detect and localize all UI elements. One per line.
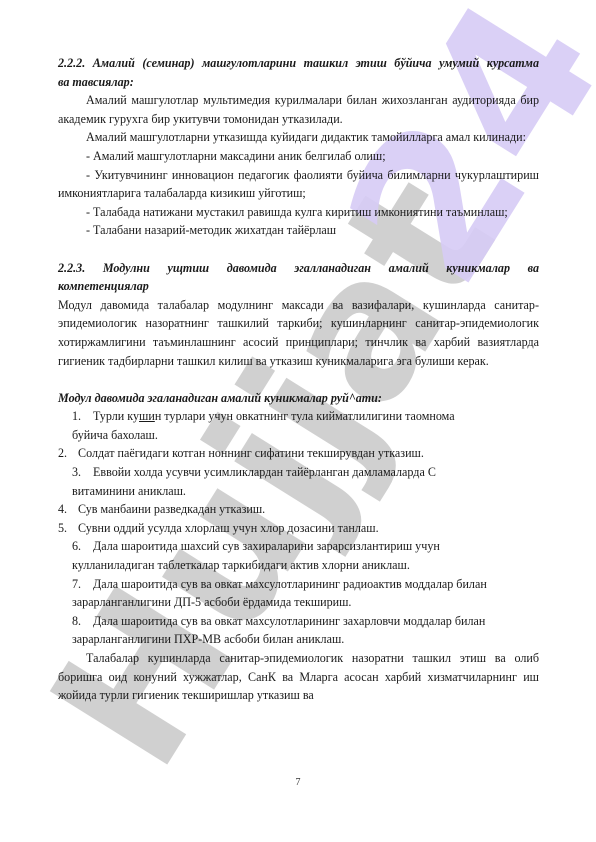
list-item: 4.Сув манбаини разведкадан утказиш. — [58, 500, 539, 519]
list-item: 6.Дала шароитида шахсий сув захираларини… — [58, 537, 539, 574]
spacer — [58, 370, 539, 389]
list-item: 2.Солдат паёгидаги котган ноннинг сифати… — [58, 444, 539, 463]
list-item: 7.Дала шароитида сув ва овкат махсулотла… — [58, 575, 539, 612]
skills-list: 1.Турли кушин турлари учун овкатнинг тул… — [58, 407, 539, 649]
section-222-paragraph-2: Амалий машгулотларни утказишда куйидаги … — [58, 128, 539, 147]
document-page: 2.2.2. Амалий (семинар) машғулотларини т… — [58, 54, 539, 705]
section-222-heading-line1: 2.2.2. Амалий (семинар) машғулотларини т… — [58, 54, 539, 73]
list-item: 8.Дала шароитида сув ва овкат махсулотла… — [58, 612, 539, 649]
section-222-heading-line2: ва тавсиялар: — [58, 73, 539, 92]
bullet-4: - Талабани назарий-методик жихатдан тайё… — [58, 221, 539, 240]
section-222-paragraph-1: Амалий машгулотлар мультимедия курилмала… — [58, 91, 539, 128]
page-number: 7 — [0, 777, 596, 788]
list-item: 5.Сувни оддий усулда хлорлаш учун хлор д… — [58, 519, 539, 538]
bullet-1: - Амалий машгулотларни максадини аник бе… — [58, 147, 539, 166]
bullet-2: - Укитувчининг инновацион педагогик фаол… — [58, 166, 539, 203]
spacer — [58, 240, 539, 259]
section-223-paragraph: Модул давомида талабалар модулнинг макса… — [58, 296, 539, 370]
list-item: 3.Еввойи холда усувчи усимликлардан тайё… — [58, 463, 539, 500]
section-223-heading-line1: 2.2.3. Модулни ущтиш давомида эгалланади… — [58, 259, 539, 278]
bullet-3: - Талабада натижани мустакил равишда кул… — [58, 203, 539, 222]
skills-list-heading: Модул давомида эгаланадиган амалий куник… — [58, 389, 539, 408]
closing-paragraph: Талабалар кушинларда санитар-эпидемиолог… — [58, 649, 539, 705]
list-item: 1.Турли кушин турлари учун овкатнинг тул… — [58, 407, 539, 444]
section-223-heading-line2: компетенциялар — [58, 277, 539, 296]
